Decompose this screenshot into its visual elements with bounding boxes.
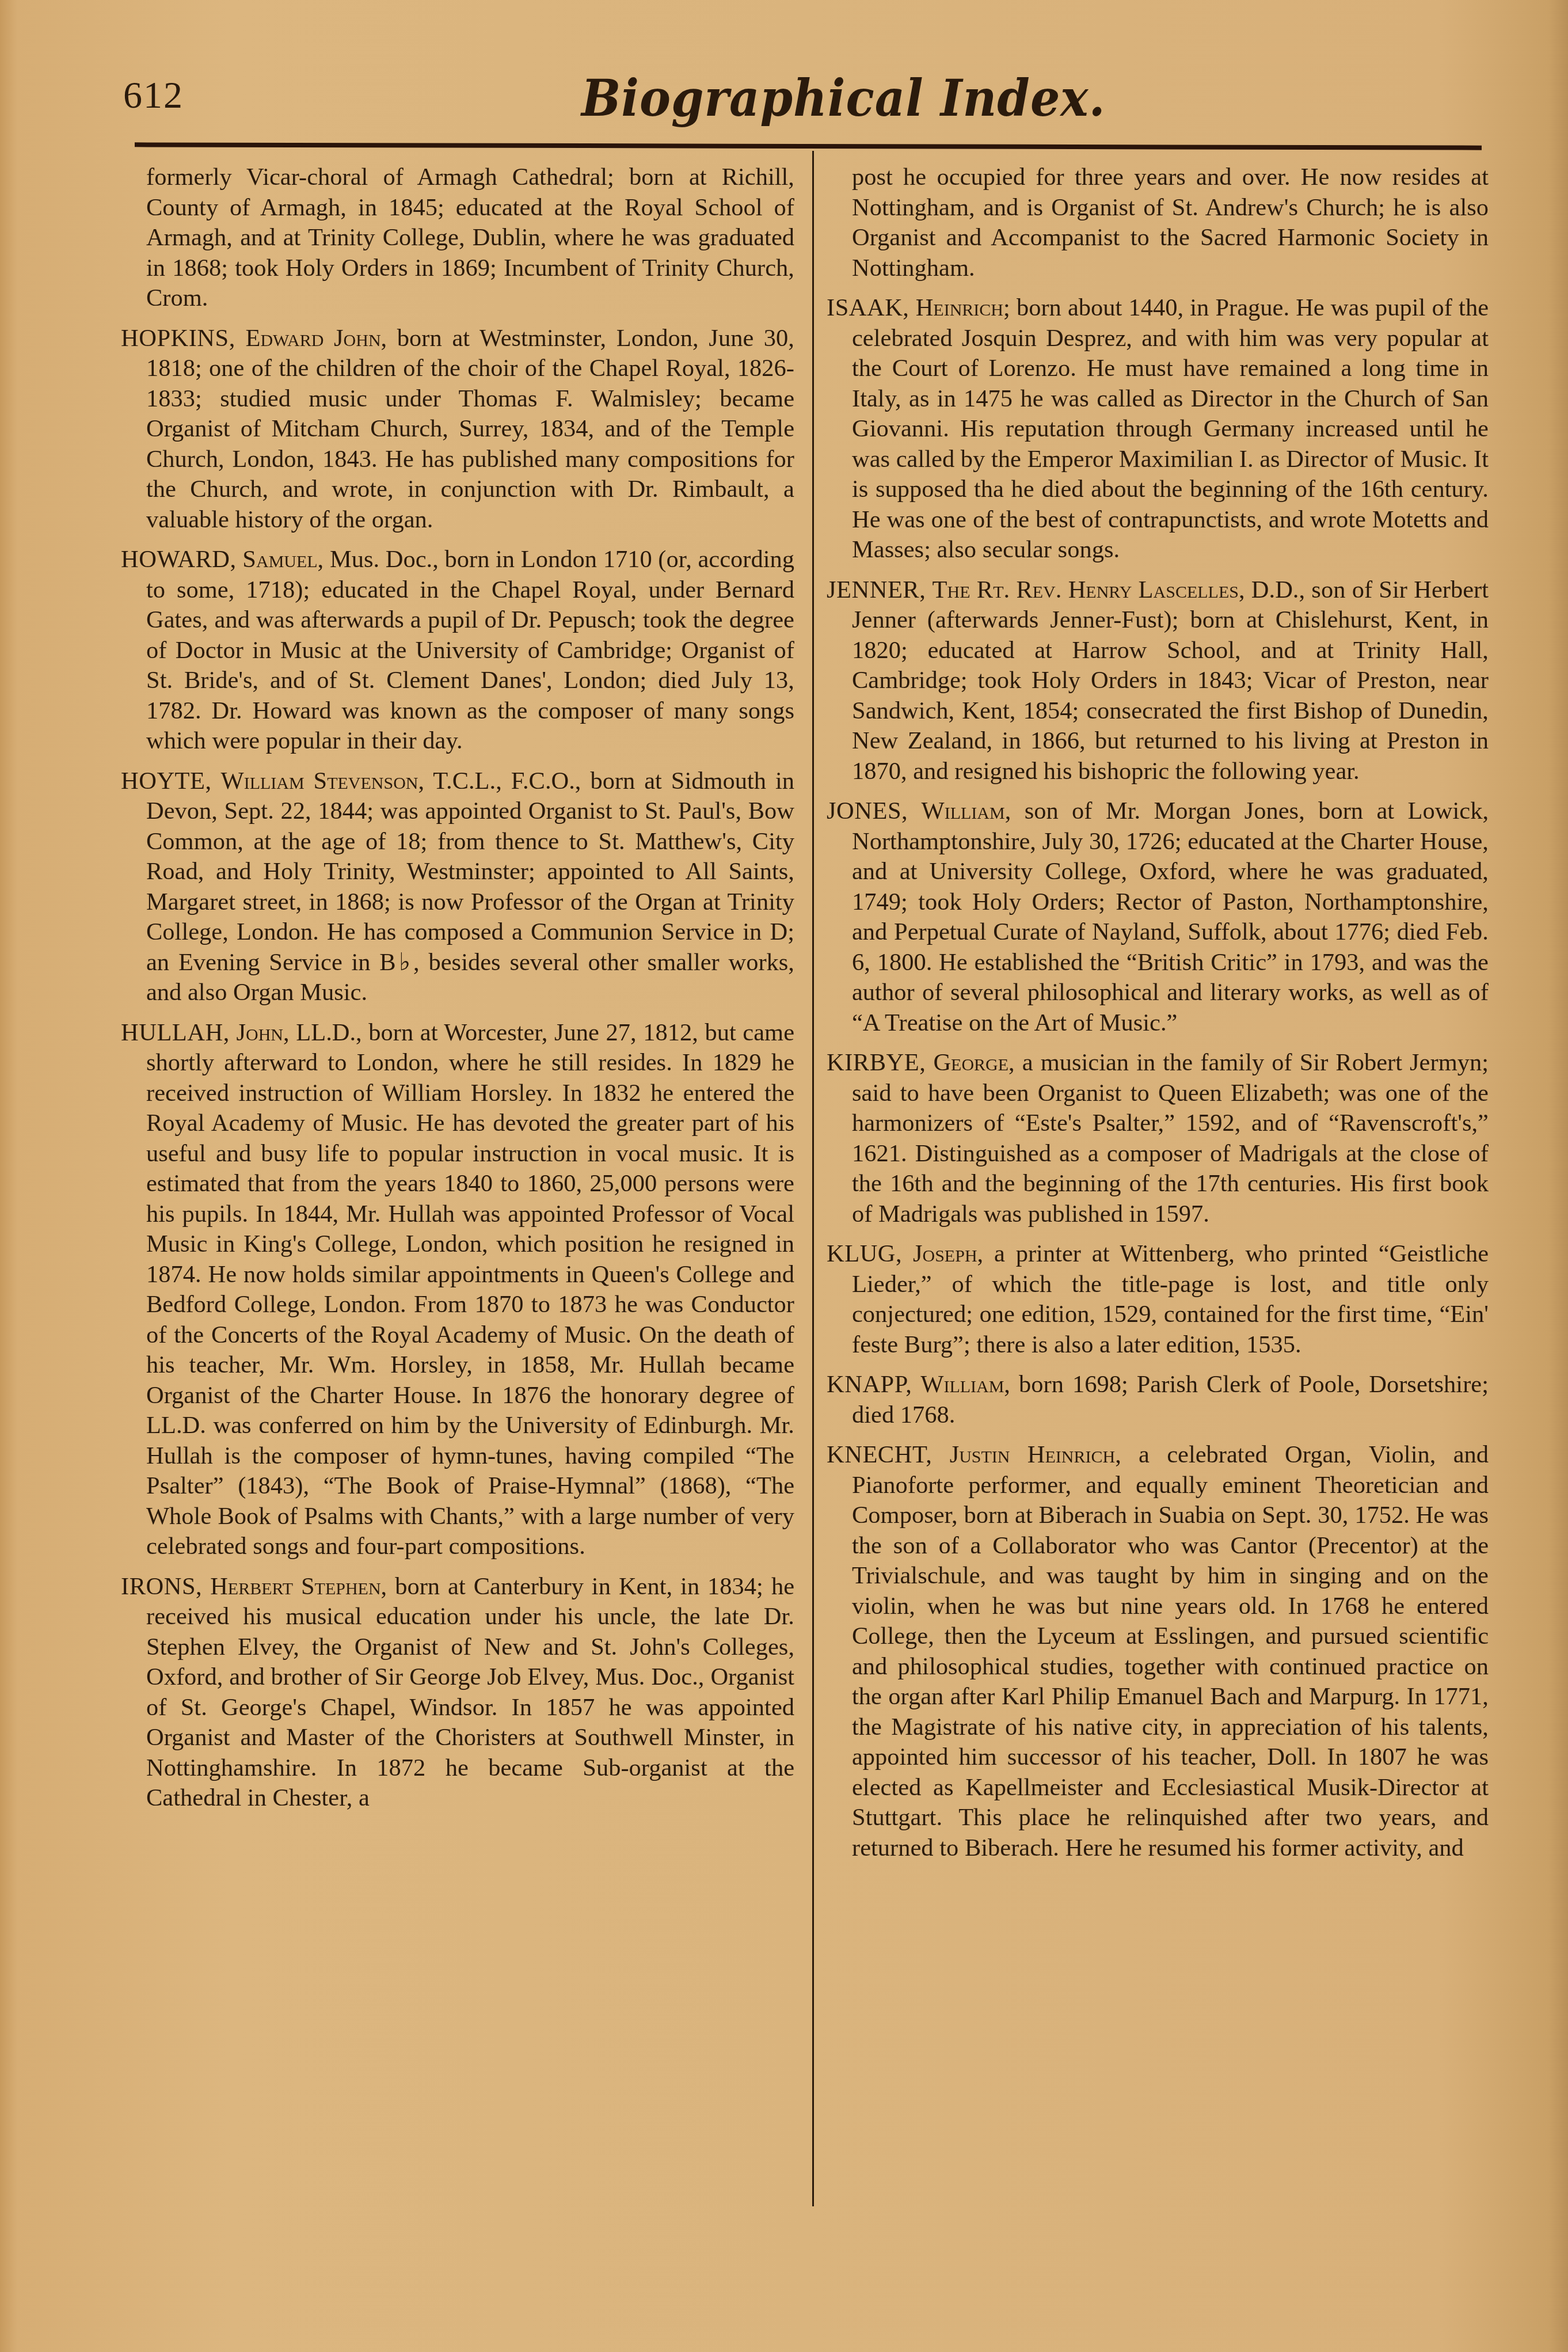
entry-surname: HOYTE, <box>121 767 212 795</box>
entry-surname: HOWARD, <box>121 546 237 573</box>
entry-given-name: Herbert Stephen, <box>210 1573 387 1600</box>
entry-surname: KNAPP, <box>827 1371 912 1398</box>
entry-jones: JONES, William, son of Mr. Morgan Jones,… <box>827 796 1489 1038</box>
entry-given-name: The Rt. Rev. Henry Lascelles, <box>933 576 1245 603</box>
entry-knapp: KNAPP, William, born 1698; Parish Clerk … <box>827 1370 1489 1430</box>
page-header: 612 Biographical Index. <box>0 0 1568 150</box>
entry-surname: KLUG, <box>827 1240 902 1267</box>
entry-surname: KIRBYE, <box>827 1049 926 1076</box>
entry-given-name: John, <box>236 1019 289 1046</box>
entry-text: a celebrated Organ, Violin, and Pianofor… <box>852 1441 1489 1861</box>
entry-text: son of Mr. Morgan Jones, born at Lowick,… <box>852 797 1489 1036</box>
entry-given-name: William, <box>920 1371 1010 1398</box>
entry-surname: KNECHT, <box>827 1441 932 1468</box>
entry-knecht: KNECHT, Justin Heinrich, a celebrated Or… <box>827 1440 1489 1863</box>
entry-klug: KLUG, Joseph, a printer at Wittenberg, w… <box>827 1239 1489 1360</box>
column-divider <box>812 151 814 2206</box>
entry-text: born at Canterbury in Kent, in 1834; he … <box>146 1573 794 1812</box>
entry-given-name: William, <box>922 797 1011 824</box>
entry-text: Mus. Doc., born in London 1710 (or, acco… <box>146 546 794 754</box>
entry-surname: JENNER, <box>827 576 926 603</box>
running-title: Biographical Index. <box>581 68 1106 128</box>
entry-isaak: ISAAK, Heinrich; born about 1440, in Pra… <box>827 293 1489 565</box>
entry-continuation: formerly Vicar-choral of Armagh Cathedra… <box>121 162 794 314</box>
entry-hoyte: HOYTE, William Stevenson, T.C.L., F.C.O.… <box>121 766 794 1008</box>
entry-howard: HOWARD, Samuel, Mus. Doc., born in Londo… <box>121 545 794 757</box>
entry-hopkins: HOPKINS, Edward John, born at Westminste… <box>121 324 794 535</box>
entry-given-name: Justin Heinrich, <box>950 1441 1121 1468</box>
entry-text: D.D., son of Sir Herbert Jenner (afterwa… <box>852 576 1489 785</box>
entry-given-name: William Stevenson, <box>221 767 425 795</box>
left-column: formerly Vicar-choral of Armagh Cathedra… <box>121 162 794 1823</box>
entry-surname: JONES, <box>827 797 908 824</box>
entry-irons: IRONS, Herbert Stephen, born at Canterbu… <box>121 1572 794 1814</box>
entry-surname: IRONS, <box>121 1573 202 1600</box>
entry-text: born at Westminster, London, June 30, 18… <box>146 325 794 533</box>
entry-jenner: JENNER, The Rt. Rev. Henry Lascelles, D.… <box>827 575 1489 787</box>
entry-text: LL.D., born at Worcester, June 27, 1812,… <box>146 1019 794 1560</box>
entry-continuation: post he occupied for three years and ove… <box>827 162 1489 283</box>
entry-hullah: HULLAH, John, LL.D., born at Worcester, … <box>121 1018 794 1562</box>
entry-text: born about 1440, in Prague. He was pupil… <box>852 294 1489 563</box>
entry-text: post he occupied for three years and ove… <box>852 164 1489 282</box>
entry-given-name: Edward John, <box>245 325 387 352</box>
entry-text: T.C.L., F.C.O., born at Sidmouth in Devo… <box>146 767 794 1006</box>
page-number: 612 <box>123 74 184 117</box>
entry-surname: ISAAK, <box>827 294 909 321</box>
entry-kirbye: KIRBYE, George, a musician in the family… <box>827 1048 1489 1229</box>
entry-given-name: George, <box>933 1049 1014 1076</box>
header-rule <box>135 142 1482 150</box>
entry-given-name: Heinrich; <box>916 294 1010 321</box>
entry-given-name: Joseph, <box>913 1240 983 1267</box>
right-column: post he occupied for three years and ove… <box>827 162 1489 1873</box>
entry-given-name: Samuel, <box>242 546 324 573</box>
entry-surname: HOPKINS, <box>121 325 235 352</box>
entry-text: formerly Vicar-choral of Armagh Cathedra… <box>146 164 794 311</box>
entry-surname: HULLAH, <box>121 1019 230 1046</box>
